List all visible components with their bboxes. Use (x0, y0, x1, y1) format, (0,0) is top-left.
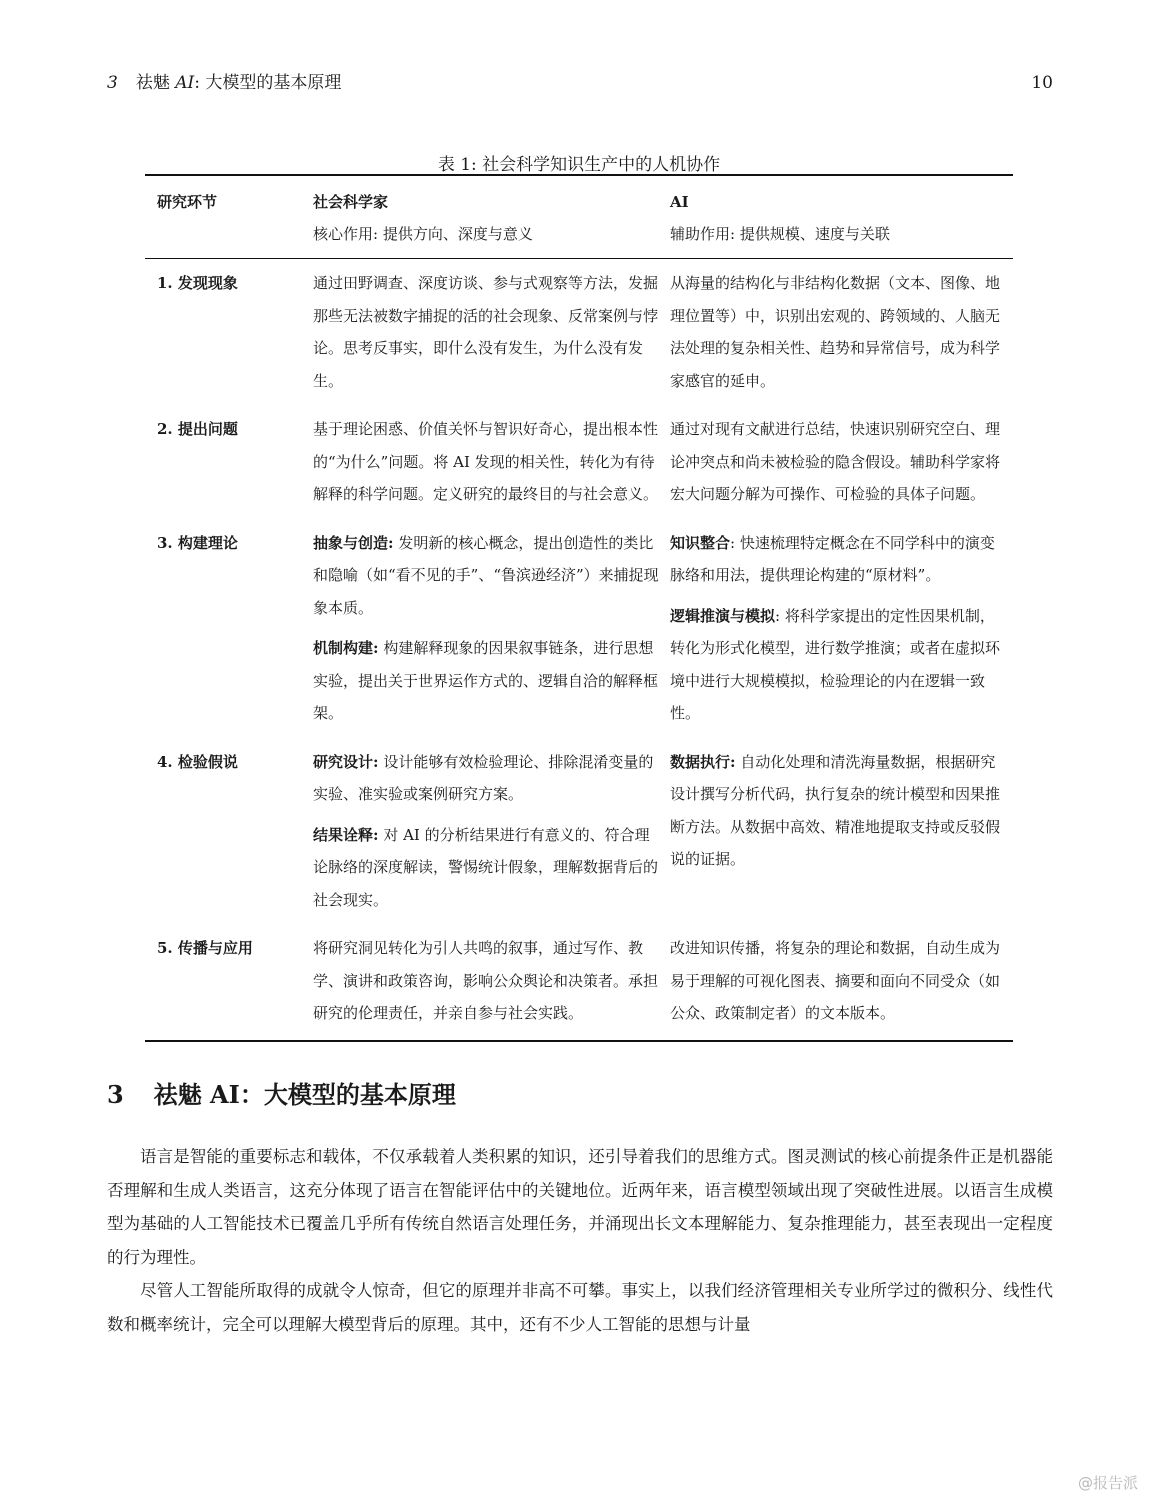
block-text: 基于理论困惑、价值关怀与智识好奇心，提出根本性的“为什么”问题。将 AI 发现的… (313, 420, 658, 503)
block-text: 从海量的结构化与非结构化数据（文本、图像、地理位置等）中，识别出宏观的、跨领域的… (670, 274, 1000, 390)
running-head: 3祛魅 AI: 大模型的基本原理 10 (107, 68, 1053, 93)
stage-cell: 3. 构建理论 (145, 527, 313, 730)
table-header: 研究环节 社会科学家 AI 核心作用: 提供方向、深度与意义 辅助作用: 提供规… (145, 176, 1013, 259)
page-number: 10 (1031, 73, 1053, 93)
stage-cell: 2. 提出问题 (145, 413, 313, 511)
cell-block: 研究设计: 设计能够有效检验理论、排除混淆变量的实验、准实验或案例研究方案。 (313, 746, 660, 811)
ai-cell: 数据执行: 自动化处理和清洗海量数据，根据研究设计撰写分析代码，执行复杂的统计模… (670, 746, 1013, 917)
cell-block: 将研究洞见转化为引人共鸣的叙事，通过写作、教学、演讲和政策咨询，影响公众舆论和决… (313, 932, 660, 1030)
cell-block: 逻辑推演与模拟: 将科学家提出的定性因果机制，转化为形式化模型，进行数学推演；或… (670, 600, 1005, 730)
block-text: 通过田野调查、深度访谈、参与式观察等方法，发掘那些无法被数字捕捉的活的社会现象、… (313, 274, 658, 390)
block-label: 知识整合 (670, 534, 730, 552)
table-body: 1. 发现现象通过田野调查、深度访谈、参与式观察等方法，发掘那些无法被数字捕捉的… (145, 259, 1013, 1040)
subheader-scientist: 核心作用: 提供方向、深度与意义 (313, 218, 670, 250)
stage-cell: 5. 传播与应用 (145, 932, 313, 1030)
header-ai: AI (670, 186, 1013, 218)
block-label: 逻辑推演与模拟 (670, 607, 775, 625)
cell-block: 抽象与创造: 发明新的核心概念，提出创造性的类比和隐喻（如“看不见的手”、“鲁滨… (313, 527, 660, 625)
cell-block: 机制构建: 构建解释现象的因果叙事链条，进行思想实验，提出关于世界运作方式的、逻… (313, 632, 660, 730)
collaboration-table: 研究环节 社会科学家 AI 核心作用: 提供方向、深度与意义 辅助作用: 提供规… (145, 174, 1013, 1042)
cell-block: 改进知识传播，将复杂的理论和数据，自动生成为易于理解的可视化图表、摘要和面向不同… (670, 932, 1005, 1030)
cell-block: 从海量的结构化与非结构化数据（文本、图像、地理位置等）中，识别出宏观的、跨领域的… (670, 267, 1005, 397)
scientist-cell: 将研究洞见转化为引人共鸣的叙事，通过写作、教学、演讲和政策咨询，影响公众舆论和决… (313, 932, 670, 1030)
paragraph: 语言是智能的重要标志和载体，不仅承载着人类积累的知识，还引导着我们的思维方式。图… (107, 1140, 1053, 1274)
paragraph: 尽管人工智能所取得的成就令人惊奇，但它的原理并非高不可攀。事实上，以我们经济管理… (107, 1274, 1053, 1341)
block-label: 结果诠释: (313, 826, 379, 844)
ai-cell: 从海量的结构化与非结构化数据（文本、图像、地理位置等）中，识别出宏观的、跨领域的… (670, 267, 1013, 397)
section-title: 祛魅 AI：大模型的基本原理 (154, 1080, 456, 1109)
scientist-cell: 通过田野调查、深度访谈、参与式观察等方法，发掘那些无法被数字捕捉的活的社会现象、… (313, 267, 670, 397)
block-label: 抽象与创造: (313, 534, 394, 552)
block-text: 将研究洞见转化为引人共鸣的叙事，通过写作、教学、演讲和政策咨询，影响公众舆论和决… (313, 939, 658, 1022)
stage-cell: 1. 发现现象 (145, 267, 313, 397)
running-head-section-number: 3 (107, 73, 118, 93)
cell-block: 通过田野调查、深度访谈、参与式观察等方法，发掘那些无法被数字捕捉的活的社会现象、… (313, 267, 660, 397)
cell-block: 基于理论困惑、价值关怀与智识好奇心，提出根本性的“为什么”问题。将 AI 发现的… (313, 413, 660, 511)
section-heading: 3祛魅 AI：大模型的基本原理 (107, 1075, 456, 1110)
table-subheader-row: 核心作用: 提供方向、深度与意义 辅助作用: 提供规模、速度与关联 (145, 218, 1013, 250)
block-label: 数据执行: (670, 753, 736, 771)
section-number: 3 (107, 1080, 124, 1109)
table-row: 2. 提出问题基于理论困惑、价值关怀与智识好奇心，提出根本性的“为什么”问题。将… (145, 407, 1013, 521)
block-label: 研究设计: (313, 753, 379, 771)
subheader-ai: 辅助作用: 提供规模、速度与关联 (670, 218, 1013, 250)
scientist-cell: 研究设计: 设计能够有效检验理论、排除混淆变量的实验、准实验或案例研究方案。结果… (313, 746, 670, 917)
ai-cell: 通过对现有文献进行总结，快速识别研究空白、理论冲突点和尚未被检验的隐含假设。辅助… (670, 413, 1013, 511)
cell-block: 通过对现有文献进行总结，快速识别研究空白、理论冲突点和尚未被检验的隐含假设。辅助… (670, 413, 1005, 511)
cell-block: 知识整合: 快速梳理特定概念在不同学科中的演变脉络和用法，提供理论构建的“原材料… (670, 527, 1005, 592)
table-row: 1. 发现现象通过田野调查、深度访谈、参与式观察等方法，发掘那些无法被数字捕捉的… (145, 259, 1013, 407)
running-head-title: 3祛魅 AI: 大模型的基本原理 (107, 68, 341, 93)
body-text: 语言是智能的重要标志和载体，不仅承载着人类积累的知识，还引导着我们的思维方式。图… (107, 1140, 1053, 1341)
table-row: 3. 构建理论抽象与创造: 发明新的核心概念，提出创造性的类比和隐喻（如“看不见… (145, 521, 1013, 740)
table-caption: 表 1: 社会科学知识生产中的人机协作 (145, 150, 1013, 175)
block-text: 改进知识传播，将复杂的理论和数据，自动生成为易于理解的可视化图表、摘要和面向不同… (670, 939, 1000, 1022)
ai-cell: 知识整合: 快速梳理特定概念在不同学科中的演变脉络和用法，提供理论构建的“原材料… (670, 527, 1013, 730)
cell-block: 结果诠释: 对 AI 的分析结果进行有意义的、符合理论脉络的深度解读，警惕统计假… (313, 819, 660, 917)
scientist-cell: 抽象与创造: 发明新的核心概念，提出创造性的类比和隐喻（如“看不见的手”、“鲁滨… (313, 527, 670, 730)
block-label: 机制构建: (313, 639, 379, 657)
cell-block: 数据执行: 自动化处理和清洗海量数据，根据研究设计撰写分析代码，执行复杂的统计模… (670, 746, 1005, 876)
scientist-cell: 基于理论困惑、价值关怀与智识好奇心，提出根本性的“为什么”问题。将 AI 发现的… (313, 413, 670, 511)
block-text: 通过对现有文献进行总结，快速识别研究空白、理论冲突点和尚未被检验的隐含假设。辅助… (670, 420, 1000, 503)
table-row: 5. 传播与应用将研究洞见转化为引人共鸣的叙事，通过写作、教学、演讲和政策咨询，… (145, 926, 1013, 1040)
header-scientist: 社会科学家 (313, 186, 670, 218)
stage-cell: 4. 检验假说 (145, 746, 313, 917)
header-stage: 研究环节 (145, 186, 313, 218)
table-header-row: 研究环节 社会科学家 AI (145, 186, 1013, 218)
ai-cell: 改进知识传播，将复杂的理论和数据，自动生成为易于理解的可视化图表、摘要和面向不同… (670, 932, 1013, 1030)
table-row: 4. 检验假说研究设计: 设计能够有效检验理论、排除混淆变量的实验、准实验或案例… (145, 740, 1013, 927)
watermark: @报告派 (1078, 1472, 1138, 1493)
